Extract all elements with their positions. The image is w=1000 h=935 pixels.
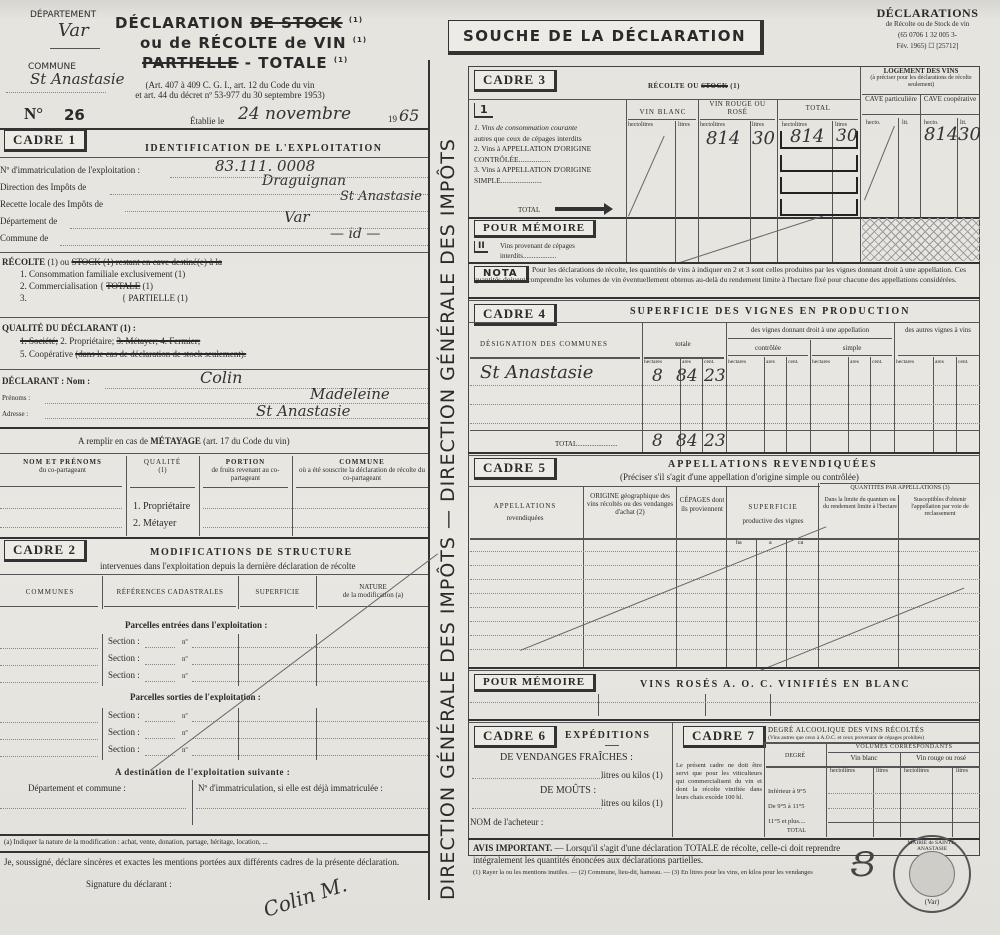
numero-field[interactable]: nº: [182, 729, 188, 737]
col-designation-communes: DÉSIGNATION DES COMMUNES: [480, 340, 608, 348]
pour-memoire-2-label: POUR MÉMOIRE: [474, 674, 596, 692]
cadre-1-label: CADRE 1: [4, 130, 87, 152]
cadre-7-title: DEGRÉ ALCOOLIQUE DES VINS RÉCOLTÉS: [768, 726, 924, 734]
declarant-nom-value[interactable]: Colin: [200, 368, 242, 387]
official-signature: Ց: [850, 845, 875, 885]
signature: Colin M.: [260, 872, 349, 921]
vendanges-unit: litres ou kilos (1): [601, 770, 663, 780]
col-total: TOTAL: [778, 104, 858, 112]
avis-important: AVIS IMPORTANT. — Lorsqu'il s'agit d'une…: [473, 842, 873, 866]
col-quantites: QUANTITÉS PAR APPELLATIONS (3): [820, 485, 980, 491]
hatched-area: [862, 218, 980, 261]
section-field[interactable]: Section :: [108, 744, 140, 754]
vendanges-fraiches-label: DE VENDANGES FRAÎCHES :: [500, 752, 633, 763]
col-cave-particuliere: CAVE particulière: [862, 96, 920, 103]
cadre-6-title: EXPÉDITIONS: [565, 730, 650, 741]
form-title-line1: DÉCLARATION DE STOCK (1): [115, 14, 363, 32]
cadre-2-label: CADRE 2: [4, 540, 87, 562]
cave-coop-l[interactable]: 30: [958, 124, 981, 145]
col-cave-cooperative: CAVE coopérative: [921, 96, 979, 103]
destination-dept-commune: Département et commune :: [28, 783, 126, 793]
vin-rouge-l[interactable]: 30: [752, 128, 775, 149]
declarant-prenoms-value[interactable]: Madeleine: [310, 385, 390, 403]
qualite-declarant: QUALITÉ DU DÉCLARANT (1) : 1. Société; 2…: [2, 322, 246, 361]
pour-memoire-label: POUR MÉMOIRE: [474, 220, 596, 238]
vins-roses-title: VINS ROSÉS A. O. C. VINIFIÉS EN BLANC: [640, 679, 911, 690]
signature-label: Signature du déclarant :: [86, 879, 172, 889]
total-l[interactable]: 30: [836, 126, 858, 146]
etablie-date: 24 novembre: [238, 104, 351, 124]
c4-total-label: TOTAL.......................: [555, 440, 618, 448]
col-susceptibles: Susceptibles d'obtenir l'appellation par…: [902, 497, 978, 518]
metayage-title: A remplir en cas de MÉTAYAGE (art. 17 du…: [78, 436, 290, 446]
cadre-5-subtitle: (Préciser s'il s'agit d'une appellation …: [620, 472, 859, 482]
metayage-option-metayer[interactable]: 2. Métayer: [133, 518, 176, 529]
col-references-cadastrales: RÉFÉRENCES CADASTRALES: [105, 588, 235, 596]
c4-ca-1[interactable]: 23: [704, 366, 726, 386]
col-volumes: VOLUMES CORRESPONDANTS: [828, 744, 980, 750]
col-cepages: CÉPAGES dont ils proviennent: [678, 496, 726, 514]
mouts-label: DE MOÛTS :: [540, 785, 596, 796]
cadre-4-title: SUPERFICIE DES VIGNES EN PRODUCTION: [630, 306, 910, 317]
etablie-label: Établie le: [190, 116, 224, 126]
year-prefix: 19: [388, 114, 397, 124]
section-1-marker: 1: [474, 103, 493, 118]
form-title-line2: ou de RÉCOLTE de VIN (1): [140, 34, 367, 52]
col-limite: Dans la limite du quantum ou du rendemen…: [822, 497, 898, 511]
cave-coop-hl[interactable]: 814: [924, 124, 958, 145]
nota-text: Pour les déclarations de récolte, les qu…: [474, 265, 974, 285]
degre-total-label: TOTAL: [787, 828, 806, 834]
col-origine: ORIGINE géographique des vins récoltés o…: [586, 492, 674, 516]
col-appellations: APPELLATIONSrevendiquées: [470, 500, 580, 524]
cadre-7-subtitle: (Vins autres que ceux à A.O.C. et ceux p…: [768, 735, 924, 741]
metayage-option-proprietaire[interactable]: 1. Propriétaire: [133, 501, 190, 512]
souche-title: SOUCHE DE LA DÉCLARATION: [448, 20, 764, 55]
col-totale: totale: [642, 340, 724, 348]
acheteur-label[interactable]: NOM de l'acheteur :: [470, 817, 543, 827]
c4-total-ca: 23: [704, 431, 726, 451]
footnotes: (1) Rayer la ou les mentions inutiles. —…: [473, 868, 873, 877]
year-value: 65: [399, 106, 419, 125]
col-vin-rouge-7: Vin rouge ou rosé: [902, 754, 980, 762]
cadre-2-title: MODIFICATIONS DE STRUCTURE: [150, 547, 353, 558]
mairie-stamp: MAIRIE de SAINTE-ANASTASIE (Var): [893, 835, 971, 913]
parcelles-entrees-title: Parcelles entrées dans l'exploitation :: [125, 620, 267, 630]
numero-field[interactable]: nº: [182, 672, 188, 680]
section-field[interactable]: Section :: [108, 636, 140, 646]
attestation-text: Je, soussigné, déclare sincères et exact…: [4, 856, 422, 869]
degre-rows: Inférieur à 9°5 De 9°5 à 11°5 11°5 et pl…: [768, 784, 806, 829]
declarant-nom-label: DÉCLARANT : Nom :: [2, 376, 90, 386]
cadre-5-title: APPELLATIONS REVENDIQUÉES: [668, 459, 878, 470]
logement-des-vins: LOGEMENT DES VINS(à préciser pour les dé…: [862, 68, 980, 89]
col-autres-vignes: des autres vignes à vins: [896, 326, 980, 334]
legal-reference: (Art. 407 à 409 C. G. I., art. 12 du Cod…: [110, 80, 350, 100]
declarant-adresse-label: Adresse :: [2, 410, 28, 418]
destination-immatriculation: Nº d'immatriculation, si elle est déjà i…: [198, 783, 383, 793]
c4-total-ha: 8: [652, 431, 663, 451]
departement-value: Var: [58, 20, 89, 41]
mouts-unit: litres ou kilos (1): [601, 798, 663, 808]
col-superficie: SUPERFICIE: [240, 588, 315, 596]
numero-field[interactable]: nº: [182, 638, 188, 646]
c4-a-1[interactable]: 84: [676, 366, 698, 386]
cadre-7-explanation: Le présent cadre ne doit être servi que …: [676, 762, 762, 802]
c4-ha-1[interactable]: 8: [652, 366, 663, 386]
cadre-3-total-label: TOTAL: [518, 206, 540, 214]
col-degre: DEGRÉ: [766, 753, 824, 759]
col-communes: COMMUNES: [5, 588, 95, 596]
number-label: N°: [24, 104, 43, 124]
cadre-2-note: (a) Indiquer la nature de la modificatio…: [4, 838, 268, 846]
cadre-5-label: CADRE 5: [474, 458, 557, 480]
cadre-2-subtitle: intervenues dans l'exploitation depuis l…: [100, 561, 356, 571]
total-hl[interactable]: 814: [790, 126, 824, 147]
numero-field[interactable]: nº: [182, 655, 188, 663]
c4-total-a: 84: [676, 431, 698, 451]
cadre-1-fields: Nº d'immatriculation de l'exploitation :…: [0, 162, 428, 247]
numero-field[interactable]: nº: [182, 746, 188, 754]
col-vin-blanc-7: Vin blanc: [828, 754, 900, 762]
cadre-1-title: IDENTIFICATION DE L'EXPLOITATION: [145, 143, 382, 154]
c4-commune-1[interactable]: St Anastasie: [480, 362, 593, 383]
section-field[interactable]: Section :: [108, 710, 140, 720]
declarant-prenoms-label: Prénoms :: [2, 394, 30, 402]
spine-text: DIRECTION GÉNÉRALE DES IMPÔTS — DIRECTIO…: [437, 138, 459, 900]
destination-title: A destination de l'exploitation suivante…: [115, 767, 290, 777]
cadre-3-title: RÉCOLTE OU STOCK (1): [648, 82, 740, 90]
cadre-3-label: CADRE 3: [474, 70, 557, 92]
vin-rouge-hl[interactable]: 814: [706, 128, 740, 149]
col-simple: simple: [810, 344, 894, 352]
arrow-right-icon: [555, 207, 605, 211]
section-field[interactable]: Section :: [108, 670, 140, 680]
header-reference: DÉCLARATIONS de Récolte ou de Stock de v…: [855, 8, 1000, 52]
form-title-line3: PARTIELLE - TOTALE (1): [142, 54, 348, 72]
cadre-6-label: CADRE 6: [474, 726, 557, 748]
col-controlee: contrôlée: [726, 344, 810, 352]
cadre-3-row-labels: 1. Vins de consommation courante autres …: [474, 123, 591, 186]
col-superficie-productive: SUPERFICIEproductive des vignes: [728, 500, 818, 528]
declaration-number: 26: [64, 106, 85, 124]
departement-label: DÉPARTEMENT: [30, 10, 96, 20]
col-vin-blanc: VIN BLANC: [628, 108, 698, 116]
section-field[interactable]: Section :: [108, 727, 140, 737]
cepages-interdits-text: Vins provenant de cépagesinterdits......…: [500, 241, 575, 261]
col-appellation: des vignes donnant droit à une appellati…: [726, 326, 894, 334]
col-nature: NATUREde la modification (a): [318, 583, 428, 599]
recolte-section: RÉCOLTE (1) ou STOCK (1) restant en cave…: [2, 256, 222, 304]
section-field[interactable]: Section :: [108, 653, 140, 663]
scanned-document: DÉPARTEMENT Var COMMUNE St Anastasie DÉC…: [0, 0, 1000, 935]
col-vin-rouge: VIN ROUGE OU ROSÉ: [700, 100, 775, 116]
cadre-7-label: CADRE 7: [683, 726, 766, 748]
numero-field[interactable]: nº: [182, 712, 188, 720]
section-2-marker: II: [474, 241, 488, 253]
